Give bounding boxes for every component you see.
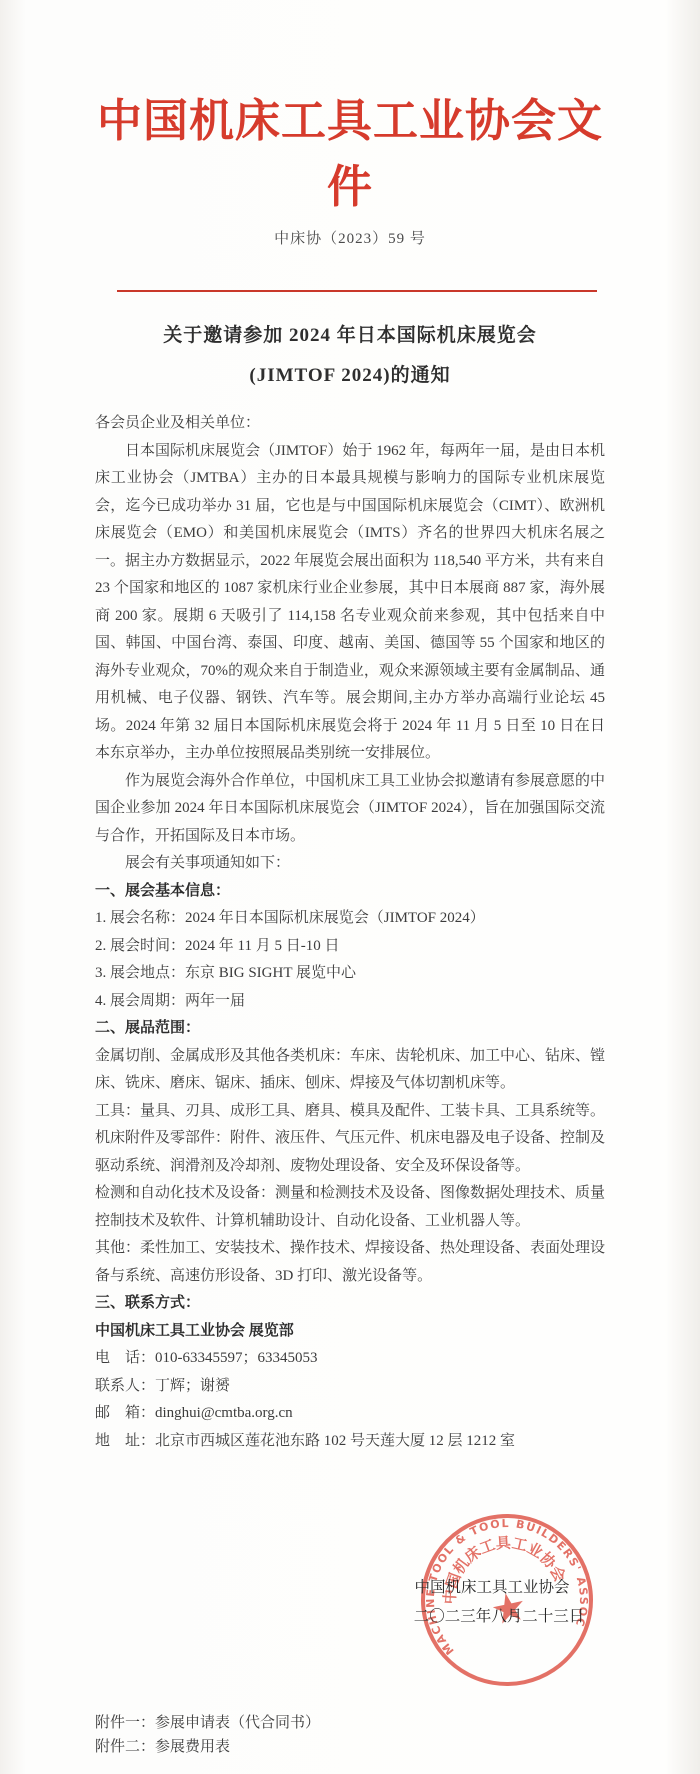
section-2-heading: 二、展品范围：	[95, 1015, 605, 1043]
exhibit-scope-item-3: 机床附件及零部件：附件、液压件、气压元件、机床电器及电子设备、控制及驱动系统、润…	[95, 1125, 605, 1180]
exhibit-scope-item-2: 工具：量具、刃具、成形工具、磨具、模具及配件、工装卡具、工具系统等。	[95, 1098, 605, 1126]
document-page: 中国机床工具工业协会文件 中床协（2023）59 号 关于邀请参加 2024 年…	[0, 0, 700, 1774]
notice-title-line1: 关于邀请参加 2024 年日本国际机床展览会	[95, 316, 605, 356]
doc-number: 中床协（2023）59 号	[95, 228, 605, 250]
contact-address-line: 地 址：北京市西城区莲花池东路 102 号天莲大厦 12 层 1212 室	[95, 1428, 605, 1456]
intro-paragraph-2: 作为展览会海外合作单位，中国机床工具工业协会拟邀请有参展意愿的中国企业参加 20…	[95, 768, 605, 851]
intro-paragraph-3: 展会有关事项通知如下：	[95, 850, 605, 878]
section-1-heading: 一、展会基本信息：	[95, 878, 605, 906]
contact-email-line: 邮 箱：dinghui@cmtba.org.cn	[95, 1400, 605, 1428]
signature-text: 中国机床工具工业协会 二〇二三年八月二十三日	[397, 1573, 587, 1631]
exhibit-scope-item-4: 检测和自动化技术及设备：测量和检测技术及设备、图像数据处理技术、质量控制技术及软…	[95, 1180, 605, 1235]
exhibit-scope-item-5: 其他：柔性加工、安装技术、操作技术、焊接设备、热处理设备、表面处理设备与系统、高…	[95, 1235, 605, 1290]
exhibition-name-item: 1. 展会名称：2024 年日本国际机床展览会（JIMTOF 2024）	[95, 905, 605, 933]
header-divider	[117, 290, 597, 292]
notice-title: 关于邀请参加 2024 年日本国际机床展览会 (JIMTOF 2024)的通知	[95, 316, 605, 396]
attachment-2: 附件二：参展费用表	[95, 1735, 605, 1759]
attachments-list: 附件一：参展申请表（代合同书） 附件二：参展费用表	[95, 1711, 605, 1759]
section-3-heading: 三、联系方式：	[95, 1290, 605, 1318]
document-body: 各会员企业及相关单位： 日本国际机床展览会（JIMTOF）始于 1962 年，每…	[95, 410, 605, 1455]
signature-org: 中国机床工具工业协会	[397, 1573, 587, 1602]
exhibition-date-item: 2. 展会时间：2024 年 11 月 5 日-10 日	[95, 933, 605, 961]
contact-department: 中国机床工具工业协会 展览部	[95, 1318, 605, 1346]
signature-date: 二〇二三年八月二十三日	[397, 1602, 587, 1631]
intro-paragraph-1: 日本国际机床展览会（JIMTOF）始于 1962 年，每两年一届，是由日本机床工…	[95, 438, 605, 768]
signature-block: CHINA MACHINE TOOL & TOOL BUILDERS' ASSO…	[95, 1455, 605, 1705]
exhibit-scope-item-1: 金属切削、金属成形及其他各类机床：车床、齿轮机床、加工中心、钻床、镗床、铣床、磨…	[95, 1043, 605, 1098]
letterhead-org-title: 中国机床工具工业协会文件	[95, 88, 605, 220]
contact-person-line: 联系人：丁辉；谢赟	[95, 1373, 605, 1401]
notice-title-line2: (JIMTOF 2024)的通知	[95, 356, 605, 396]
contact-phone-line: 电 话：010-63345597；63345053	[95, 1345, 605, 1373]
exhibition-venue-item: 3. 展会地点：东京 BIG SIGHT 展览中心	[95, 960, 605, 988]
salutation: 各会员企业及相关单位：	[95, 410, 605, 438]
attachment-1: 附件一：参展申请表（代合同书）	[95, 1711, 605, 1735]
exhibition-cycle-item: 4. 展会周期：两年一届	[95, 988, 605, 1016]
